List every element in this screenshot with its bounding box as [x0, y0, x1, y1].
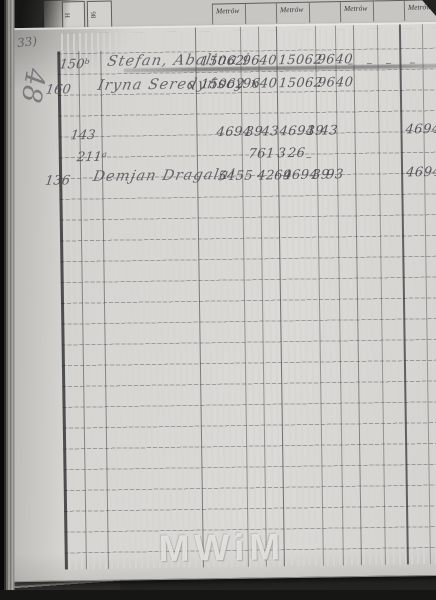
amount-cell: 40	[259, 76, 275, 91]
amount-cell: 96	[242, 54, 257, 69]
amount-cell: 93	[325, 167, 340, 182]
dash-mark: –	[306, 150, 316, 164]
amount-cell: 3	[276, 146, 287, 161]
corner-note: 33)	[16, 34, 37, 50]
amount-cell: 43	[261, 124, 277, 139]
metrow-header: Metrów	[276, 3, 310, 24]
amount-cell: 761	[246, 146, 275, 161]
amount-cell: 26	[287, 146, 302, 161]
edge-amount-cell: 4694 3	[405, 121, 436, 137]
archive-watermark: MWiM	[158, 526, 285, 570]
amount-cell: 4694	[282, 168, 311, 183]
tab-label: 86	[89, 11, 97, 18]
amount-cell: 40	[259, 53, 275, 68]
amount-cell: 5455	[216, 169, 253, 185]
ledger-page: 33) 48 150ᵇ Stefan, Abalina i 15062 96 4…	[5, 22, 436, 582]
row-number-cell: 211ᵃ	[76, 150, 108, 165]
amount-cell: 15062	[278, 76, 316, 92]
mark-cell: x	[186, 78, 196, 93]
amount-cell: 39	[245, 125, 260, 140]
amount-cell: 96	[242, 77, 257, 92]
amount-cell: 15062	[278, 53, 316, 69]
amount-cell: 40	[335, 75, 351, 90]
page-tab: 86	[87, 0, 113, 29]
edge-amount-cell: 4694 3	[405, 164, 436, 180]
scanned-ledger-photo: H 86 Metrów Metrów Metrów Metrów 33) 48	[0, 0, 436, 600]
amount-cell: 96	[317, 75, 333, 90]
scan-edge	[0, 590, 436, 600]
metrow-header: Metrów	[212, 4, 246, 25]
row-number-cell: 160	[45, 82, 72, 97]
amount-cell: 4694	[216, 125, 243, 140]
amount-cell: 42	[256, 168, 272, 183]
row-number-cell: 136	[44, 173, 71, 188]
row-number-cell: 150ᵇ	[59, 57, 91, 72]
metrow-header: Metrów	[340, 1, 374, 22]
amount-cell: 96	[317, 52, 333, 67]
amount-cell: 39	[306, 124, 320, 139]
dash-mark: –	[385, 55, 397, 69]
amount-cell: 4694	[279, 124, 306, 139]
amount-cell: 39	[311, 168, 325, 183]
amount-cell: 43	[320, 123, 335, 138]
dash-mark: –	[409, 55, 421, 69]
book-gutter-edges	[0, 0, 15, 600]
amount-cell: 15062	[200, 77, 239, 93]
dash-mark: –	[347, 56, 359, 70]
dash-mark: –	[366, 56, 378, 70]
amount-cell: 15062	[200, 54, 239, 70]
row-number-cell: 143	[70, 128, 97, 143]
